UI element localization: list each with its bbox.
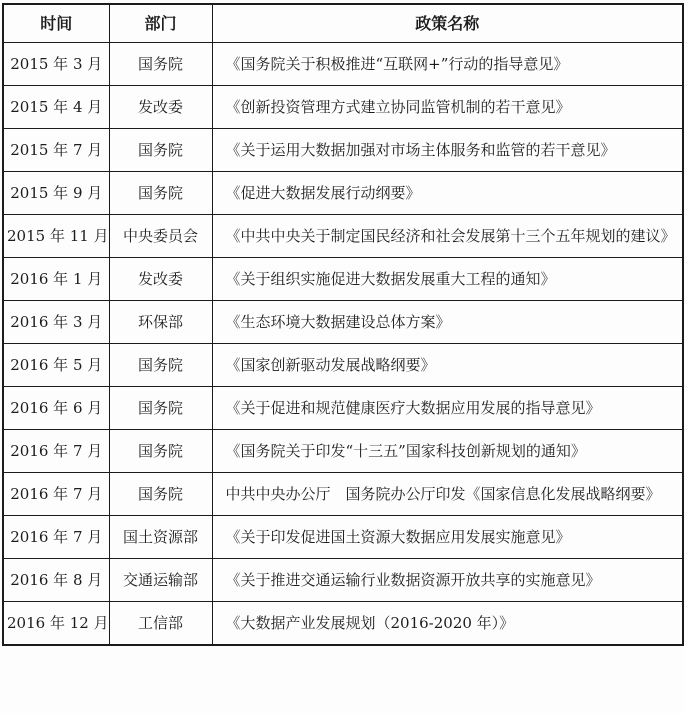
- cell-time: 2016 年 7 月: [3, 515, 109, 558]
- table-row: 2016 年 1 月发改委《关于组织实施促进大数据发展重大工程的通知》: [3, 257, 683, 300]
- cell-dept: 国务院: [109, 386, 212, 429]
- table-row: 2015 年 4 月发改委《创新投资管理方式建立协同监管机制的若干意见》: [3, 85, 683, 128]
- cell-time: 2016 年 7 月: [3, 429, 109, 472]
- table-row: 2015 年 7 月国务院《关于运用大数据加强对市场主体服务和监管的若干意见》: [3, 128, 683, 171]
- cell-dept: 国土资源部: [109, 515, 212, 558]
- table-row: 2016 年 7 月国土资源部《关于印发促进国土资源大数据应用发展实施意见》: [3, 515, 683, 558]
- table-row: 2015 年 11 月中央委员会《中共中央关于制定国民经济和社会发展第十三个五年…: [3, 214, 683, 257]
- table-row: 2016 年 5 月国务院《国家创新驱动发展战略纲要》: [3, 343, 683, 386]
- cell-dept: 工信部: [109, 601, 212, 645]
- cell-policy: 《关于运用大数据加强对市场主体服务和监管的若干意见》: [212, 128, 683, 171]
- table-row: 2016 年 12 月工信部《大数据产业发展规划（2016-2020 年）》: [3, 601, 683, 645]
- cell-time: 2015 年 3 月: [3, 42, 109, 85]
- cell-policy: 《国家创新驱动发展战略纲要》: [212, 343, 683, 386]
- cell-policy: 《国务院关于积极推进“互联网+”行动的指导意见》: [212, 42, 683, 85]
- header-policy: 政策名称: [212, 4, 683, 42]
- table-row: 2015 年 9 月国务院《促进大数据发展行动纲要》: [3, 171, 683, 214]
- table-row: 2016 年 6 月国务院《关于促进和规范健康医疗大数据应用发展的指导意见》: [3, 386, 683, 429]
- cell-dept: 国务院: [109, 429, 212, 472]
- cell-dept: 发改委: [109, 257, 212, 300]
- header-row: 时间 部门 政策名称: [3, 4, 683, 42]
- table-body: 2015 年 3 月国务院《国务院关于积极推进“互联网+”行动的指导意见》201…: [3, 42, 683, 645]
- cell-dept: 中央委员会: [109, 214, 212, 257]
- cell-time: 2016 年 5 月: [3, 343, 109, 386]
- table-row: 2016 年 7 月国务院《国务院关于印发“十三五”国家科技创新规划的通知》: [3, 429, 683, 472]
- cell-policy: 《生态环境大数据建设总体方案》: [212, 300, 683, 343]
- cell-policy: 中共中央办公厅 国务院办公厅印发《国家信息化发展战略纲要》: [212, 472, 683, 515]
- cell-dept: 国务院: [109, 171, 212, 214]
- cell-time: 2016 年 1 月: [3, 257, 109, 300]
- cell-time: 2016 年 8 月: [3, 558, 109, 601]
- table-row: 2015 年 3 月国务院《国务院关于积极推进“互联网+”行动的指导意见》: [3, 42, 683, 85]
- cell-dept: 发改委: [109, 85, 212, 128]
- cell-time: 2016 年 7 月: [3, 472, 109, 515]
- policy-table: 时间 部门 政策名称 2015 年 3 月国务院《国务院关于积极推进“互联网+”…: [2, 3, 684, 646]
- cell-time: 2016 年 6 月: [3, 386, 109, 429]
- cell-dept: 交通运输部: [109, 558, 212, 601]
- table-row: 2016 年 8 月交通运输部《关于推进交通运输行业数据资源开放共享的实施意见》: [3, 558, 683, 601]
- cell-time: 2015 年 11 月: [3, 214, 109, 257]
- cell-policy: 《促进大数据发展行动纲要》: [212, 171, 683, 214]
- cell-policy: 《大数据产业发展规划（2016-2020 年）》: [212, 601, 683, 645]
- cell-policy: 《关于推进交通运输行业数据资源开放共享的实施意见》: [212, 558, 683, 601]
- cell-time: 2016 年 12 月: [3, 601, 109, 645]
- cell-dept: 国务院: [109, 472, 212, 515]
- cell-policy: 《关于促进和规范健康医疗大数据应用发展的指导意见》: [212, 386, 683, 429]
- cell-time: 2015 年 7 月: [3, 128, 109, 171]
- cell-dept: 国务院: [109, 343, 212, 386]
- cell-time: 2015 年 9 月: [3, 171, 109, 214]
- cell-policy: 《关于印发促进国土资源大数据应用发展实施意见》: [212, 515, 683, 558]
- cell-policy: 《国务院关于印发“十三五”国家科技创新规划的通知》: [212, 429, 683, 472]
- cell-policy: 《关于组织实施促进大数据发展重大工程的通知》: [212, 257, 683, 300]
- header-time: 时间: [3, 4, 109, 42]
- cell-dept: 国务院: [109, 42, 212, 85]
- header-dept: 部门: [109, 4, 212, 42]
- cell-time: 2016 年 3 月: [3, 300, 109, 343]
- cell-policy: 《中共中央关于制定国民经济和社会发展第十三个五年规划的建议》: [212, 214, 683, 257]
- table-row: 2016 年 3 月环保部《生态环境大数据建设总体方案》: [3, 300, 683, 343]
- cell-dept: 环保部: [109, 300, 212, 343]
- table-row: 2016 年 7 月国务院中共中央办公厅 国务院办公厅印发《国家信息化发展战略纲…: [3, 472, 683, 515]
- page: 时间 部门 政策名称 2015 年 3 月国务院《国务院关于积极推进“互联网+”…: [0, 0, 684, 713]
- cell-dept: 国务院: [109, 128, 212, 171]
- cell-policy: 《创新投资管理方式建立协同监管机制的若干意见》: [212, 85, 683, 128]
- cell-time: 2015 年 4 月: [3, 85, 109, 128]
